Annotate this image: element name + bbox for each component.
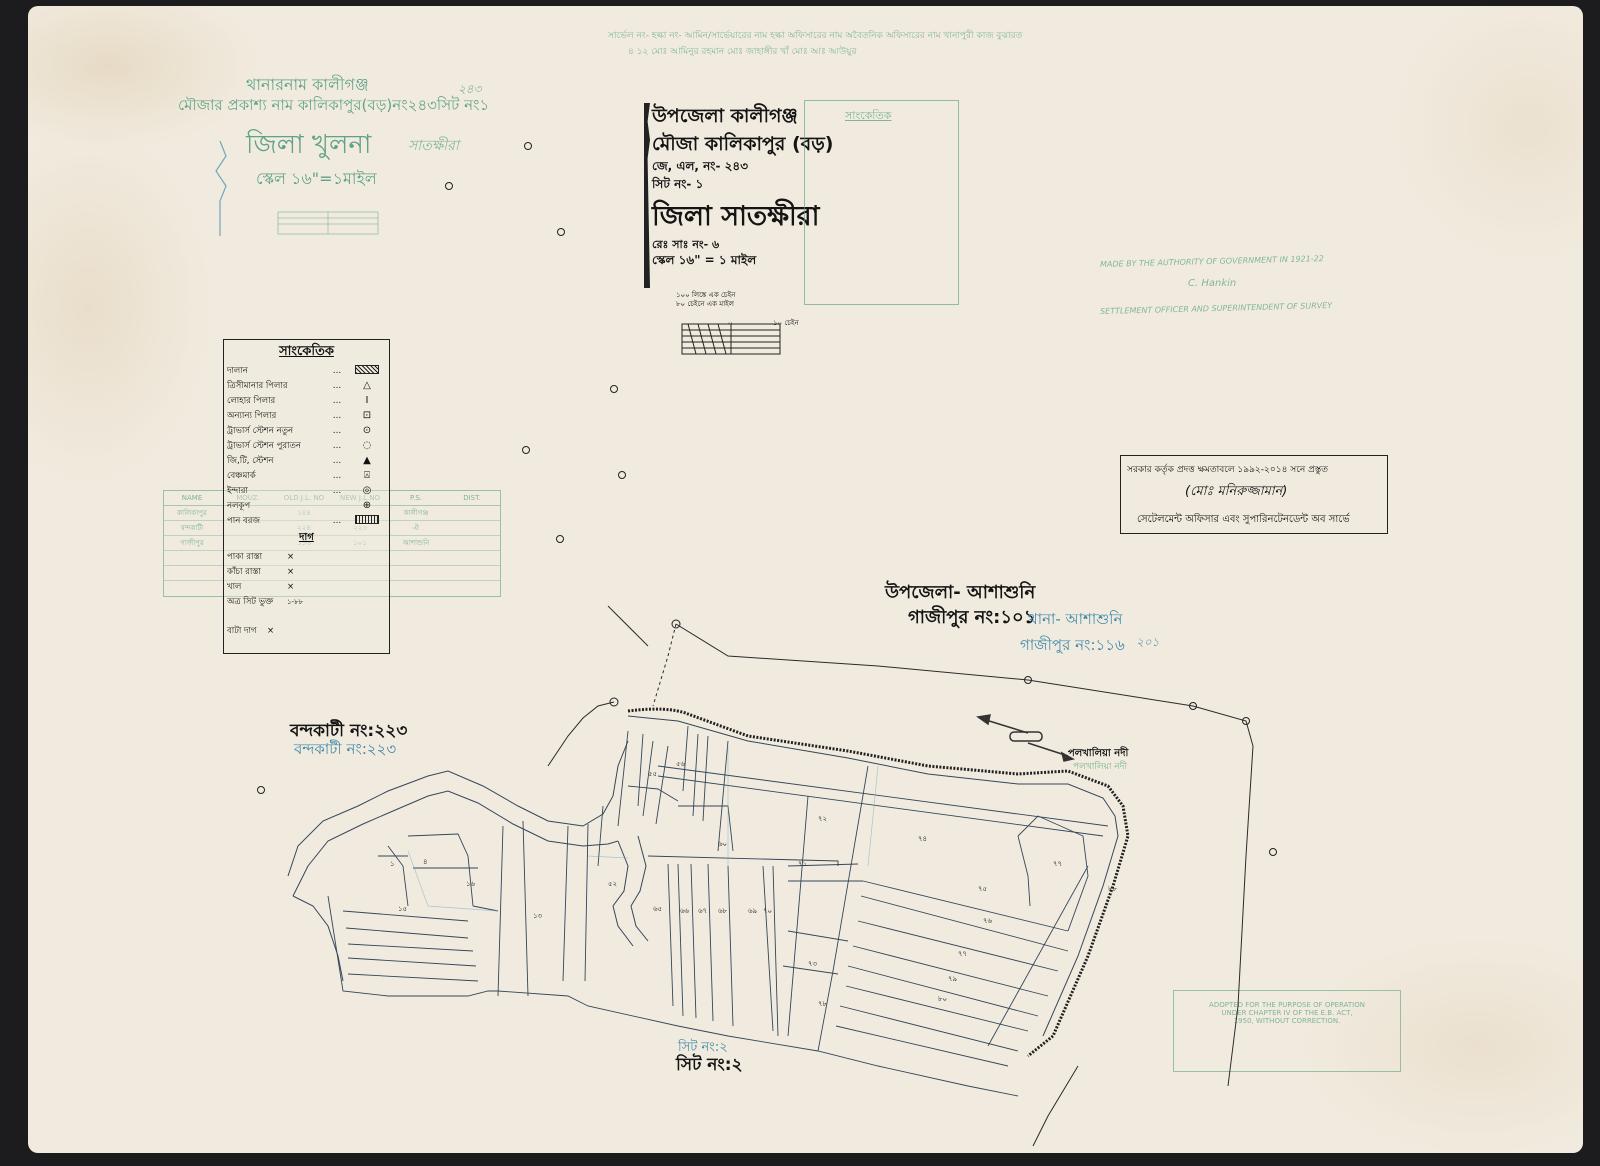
old-plot-overlay: [408, 746, 878, 911]
svg-text:১৩: ১৩: [533, 912, 543, 920]
svg-text:৭৩: ৭৩: [808, 960, 818, 968]
svg-text:৭৯: ৭৯: [948, 975, 958, 983]
svg-text:৫৫: ৫৫: [648, 770, 657, 778]
svg-text:৬৮: ৬৮: [718, 907, 728, 915]
svg-text:১৬: ১৬: [466, 880, 476, 888]
svg-text:৭২: ৭২: [818, 815, 827, 823]
canal: [288, 741, 648, 981]
svg-text:৭৪: ৭৪: [918, 835, 927, 843]
svg-text:৫৬: ৫৬: [676, 760, 686, 768]
scale-bar: [682, 324, 780, 354]
svg-text:৮৮: ৮৮: [1108, 885, 1118, 893]
embankment: [628, 709, 1128, 1056]
svg-text:৬৯: ৬৯: [748, 907, 758, 915]
svg-text:৬৭: ৬৭: [698, 907, 707, 915]
svg-text:৫২: ৫২: [608, 880, 617, 888]
svg-text:৭০: ৭০: [763, 907, 772, 915]
svg-text:৭১: ৭১: [798, 860, 807, 868]
traverse-stations: [258, 143, 1277, 856]
svg-text:৬৬: ৬৬: [680, 907, 690, 915]
old-scale-bar: [278, 212, 378, 234]
svg-text:৭৮: ৭৮: [818, 1000, 828, 1008]
svg-text:৪: ৪: [423, 858, 428, 866]
map-sheet: সার্ভেল নং- হল্কা নং- আমিন/সার্ভেয়ারের …: [28, 6, 1583, 1153]
svg-text:৬০: ৬০: [718, 840, 727, 848]
svg-text:১: ১: [390, 860, 395, 868]
svg-text:৭৫: ৭৫: [978, 885, 987, 893]
cadastral-plot-drawing: ১৪১৫ ১৬১৩ ৫২৬৫ ৬৬৬৭৬৮ ৬৯৭০ ৭১৭২৭৪ ৭৭৭৫ ৭…: [28, 6, 1583, 1153]
svg-text:৮০: ৮০: [938, 995, 947, 1003]
mouza-boundary: [548, 606, 1253, 1146]
svg-text:১৫: ১৫: [398, 905, 407, 913]
river-flow-arrows: [978, 715, 1073, 761]
svg-text:৭৭: ৭৭: [958, 950, 967, 958]
svg-text:৭৬: ৭৬: [983, 917, 993, 925]
svg-text:৭৭: ৭৭: [1053, 860, 1062, 868]
svg-text:৬৫: ৬৫: [653, 905, 662, 913]
